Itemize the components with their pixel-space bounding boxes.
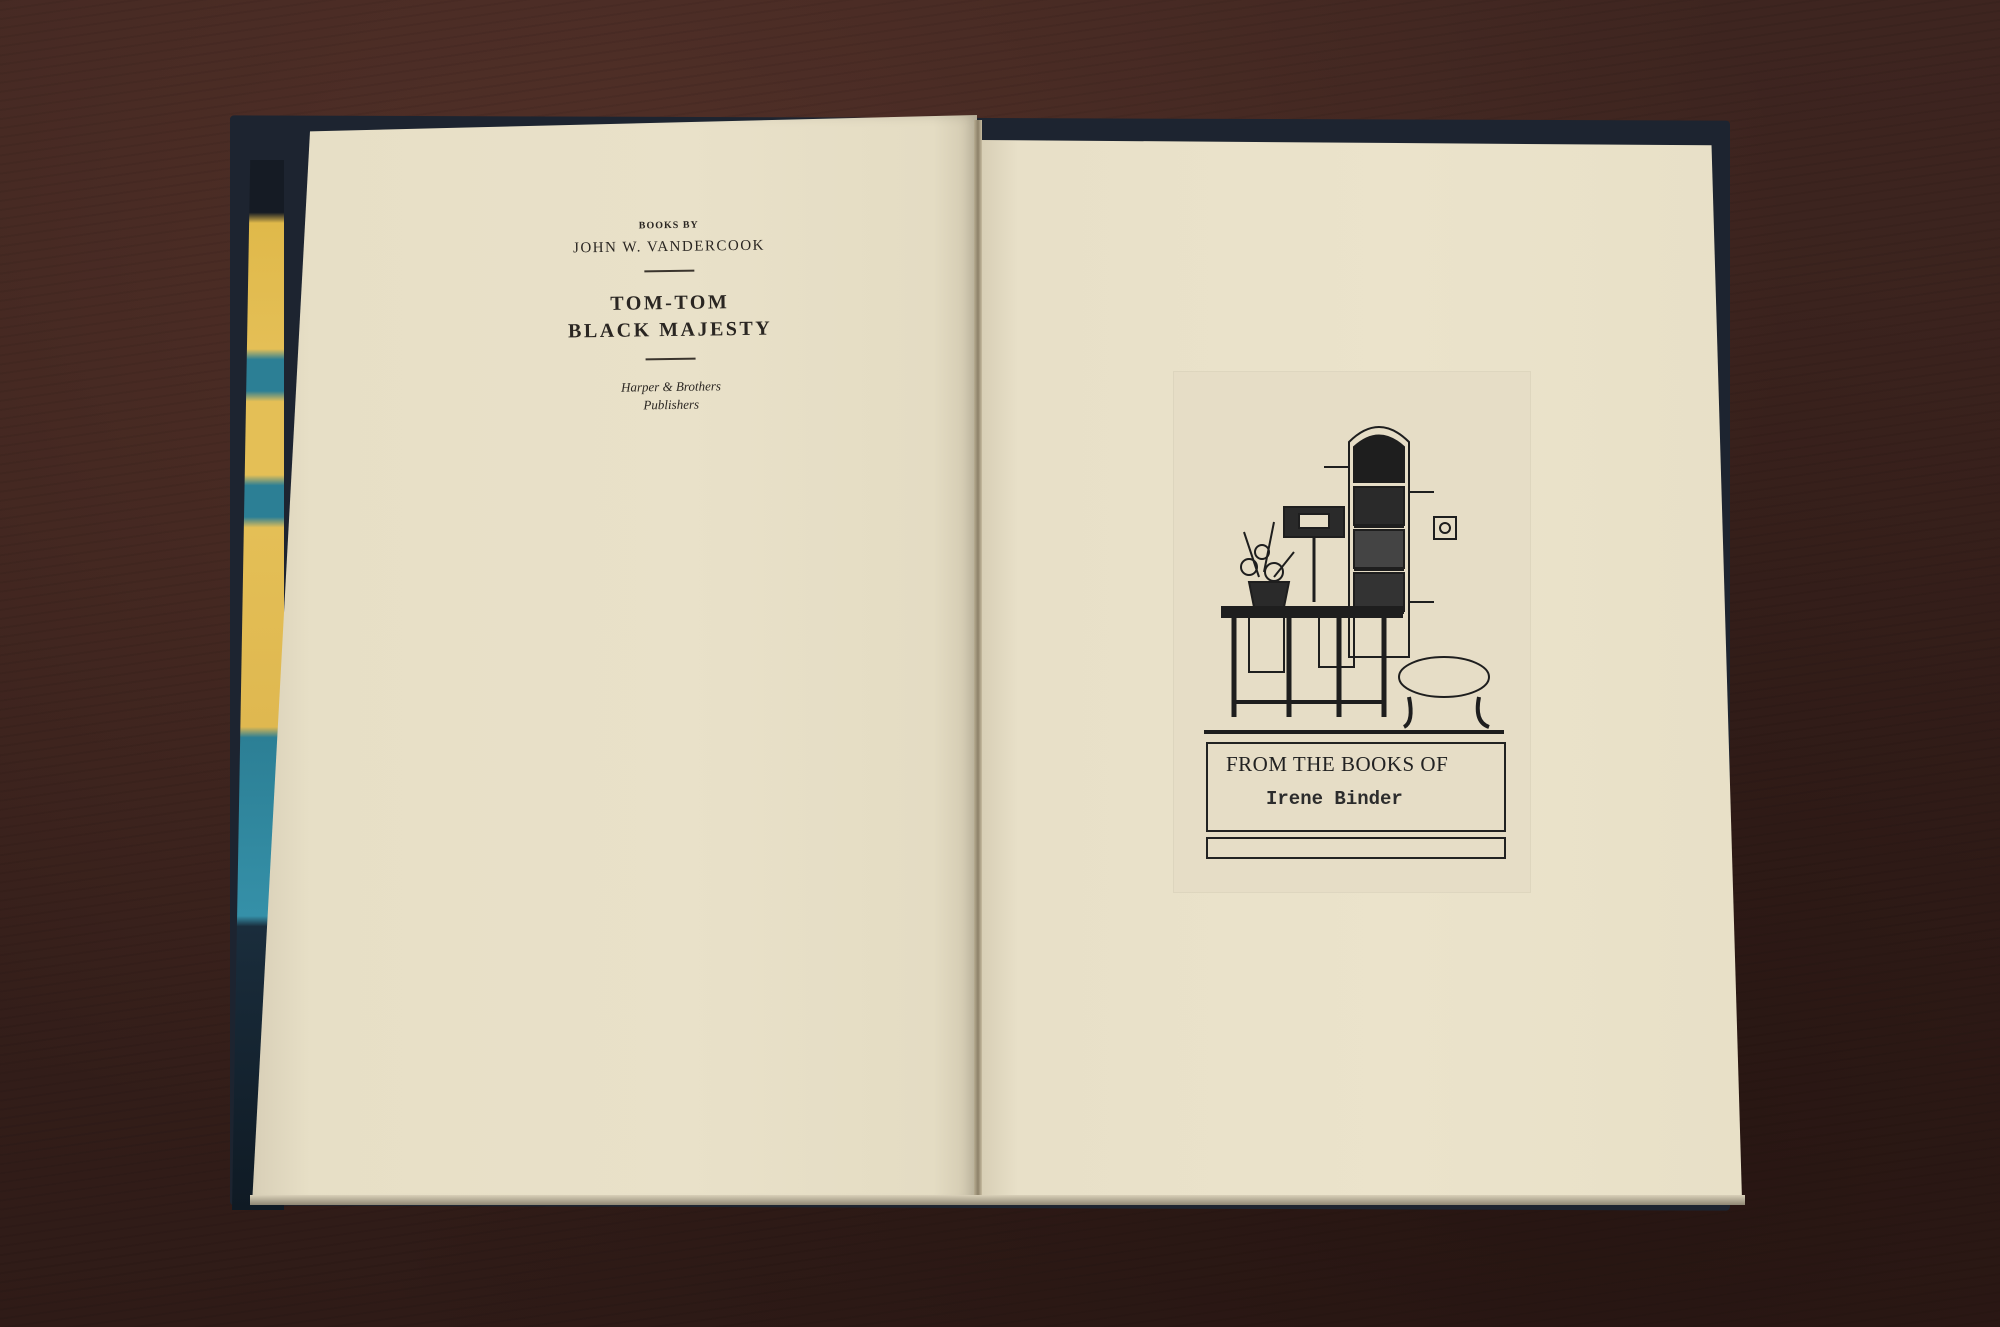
bookplate-heading: FROM THE BOOKS OF <box>1226 752 1448 777</box>
bookplate-base-bar <box>1206 837 1506 859</box>
divider-rule <box>644 270 694 273</box>
bookplate-label-box: FROM THE BOOKS OF Irene Binder <box>1206 742 1506 832</box>
title-tom-tom: TOM-TOM <box>540 288 800 319</box>
book-gutter <box>974 120 982 1202</box>
half-title-block: BOOKS BY JOHN W. VANDERCOOK TOM-TOM BLAC… <box>539 218 802 416</box>
author-name: JOHN W. VANDERCOOK <box>539 237 799 258</box>
divider-rule <box>646 358 696 361</box>
books-by-label: BOOKS BY <box>539 218 799 233</box>
bookplate-illustration-icon <box>1204 402 1504 742</box>
page-edge <box>250 1195 1745 1205</box>
bookplate-owner-name: Irene Binder <box>1266 788 1403 810</box>
bookplate: FROM THE BOOKS OF Irene Binder <box>1174 372 1530 892</box>
title-black-majesty: BLACK MAJESTY <box>540 315 800 346</box>
publisher-label: Publishers <box>541 394 801 416</box>
